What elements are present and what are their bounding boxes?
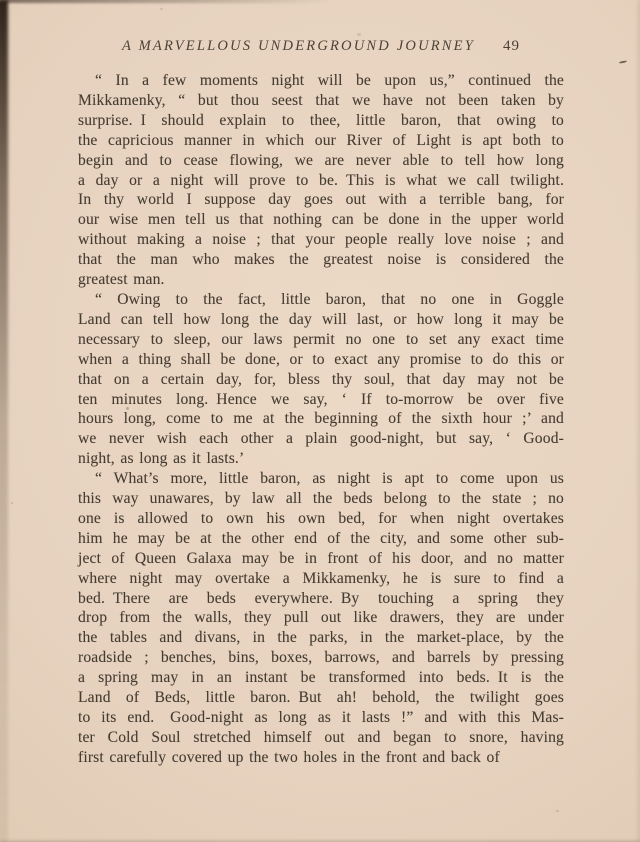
- text-line: In thy world I suppose day goes out with…: [78, 190, 564, 210]
- paper-speck: [160, 8, 163, 10]
- page-body: “ In a few moments night will be upon us…: [78, 71, 564, 768]
- text-line: Land of Beds, little baron. But ah! beho…: [78, 688, 564, 708]
- page-edge-shadow-right: [635, 0, 640, 842]
- text-line: bed. There are beds everywhere. By touch…: [78, 589, 564, 609]
- page-edge-shadow-left: [0, 0, 8, 842]
- text-line: ter Cold Soul stretched himself out and …: [78, 728, 564, 748]
- text-line: one is allowed to own his own bed, for w…: [78, 509, 564, 529]
- text-line: greatest man.: [78, 270, 564, 290]
- text-line: a spring may in an instant be transforme…: [78, 668, 564, 688]
- book-page-scan: A MARVELLOUS UNDERGROUND JOURNEY49 “ In …: [0, 0, 640, 842]
- text-line: that on a certain day, for, bless thy so…: [78, 370, 564, 390]
- text-line: ject of Queen Galaxa may be in front of …: [78, 549, 564, 569]
- text-line: the tables and divans, in the parks, in …: [78, 628, 564, 648]
- paper-speck: [357, 33, 361, 36]
- text-line: necessary to sleep, our laws permit no o…: [78, 330, 564, 350]
- page-number: 49: [503, 38, 520, 55]
- paragraph: “ In a few moments night will be upon us…: [78, 71, 564, 290]
- text-line: roadside ; benches, bins, boxes, barrows…: [78, 648, 564, 668]
- text-line: Land can tell how long the day will last…: [78, 310, 564, 330]
- text-line: surprise. I should explain to thee, litt…: [78, 111, 564, 131]
- text-line: when a thing shall be done, or to exact …: [78, 350, 564, 370]
- text-line: we never wish each other a plain good-ni…: [78, 429, 564, 449]
- paragraph: “ What’s more, little baron, as night is…: [78, 469, 564, 768]
- paragraph: “ Owing to the fact, little baron, that …: [78, 290, 564, 469]
- text-line: that the man who makes the greatest nois…: [78, 250, 564, 270]
- text-line: a day or a night will prove to be. This …: [78, 171, 564, 191]
- text-line: ten minutes long. Hence we say, ‘ If to-…: [78, 390, 564, 410]
- text-line: without making a noise ; that your peopl…: [78, 230, 564, 250]
- paper-speck: [126, 407, 129, 410]
- paper-speck: [11, 502, 13, 504]
- text-line: hours long, come to me at the beginning …: [78, 409, 564, 429]
- text-line: first carefully covered up the two holes…: [78, 748, 564, 768]
- text-line: where night may overtake a Mikkamenky, h…: [78, 569, 564, 589]
- text-line: “ In a few moments night will be upon us…: [78, 71, 564, 91]
- text-line: begin and to cease flowing, we are never…: [78, 151, 564, 171]
- running-header: A MARVELLOUS UNDERGROUND JOURNEY49: [78, 37, 564, 55]
- text-line: “ Owing to the fact, little baron, that …: [78, 290, 564, 310]
- paper-speck: [556, 810, 559, 812]
- text-line: the capricious manner in which our River…: [78, 131, 564, 151]
- text-line: this way unawares, by law all the beds b…: [78, 489, 564, 509]
- text-line: our wise men tell us that nothing can be…: [78, 210, 564, 230]
- text-line: him he may be at the other end of the ci…: [78, 529, 564, 549]
- page-edge-shadow-top: [0, 0, 333, 3]
- text-line: to its end. Good-night as long as it las…: [78, 708, 564, 728]
- text-line: drop from the walls, they pull out like …: [78, 608, 564, 628]
- running-header-title: A MARVELLOUS UNDERGROUND JOURNEY: [122, 38, 475, 54]
- paper-speck: [619, 60, 627, 64]
- text-line: “ What’s more, little baron, as night is…: [78, 469, 564, 489]
- text-line: Mikkamenky, “ but thou seest that we hav…: [78, 91, 564, 111]
- text-line: night, as long as it lasts.’: [78, 449, 564, 469]
